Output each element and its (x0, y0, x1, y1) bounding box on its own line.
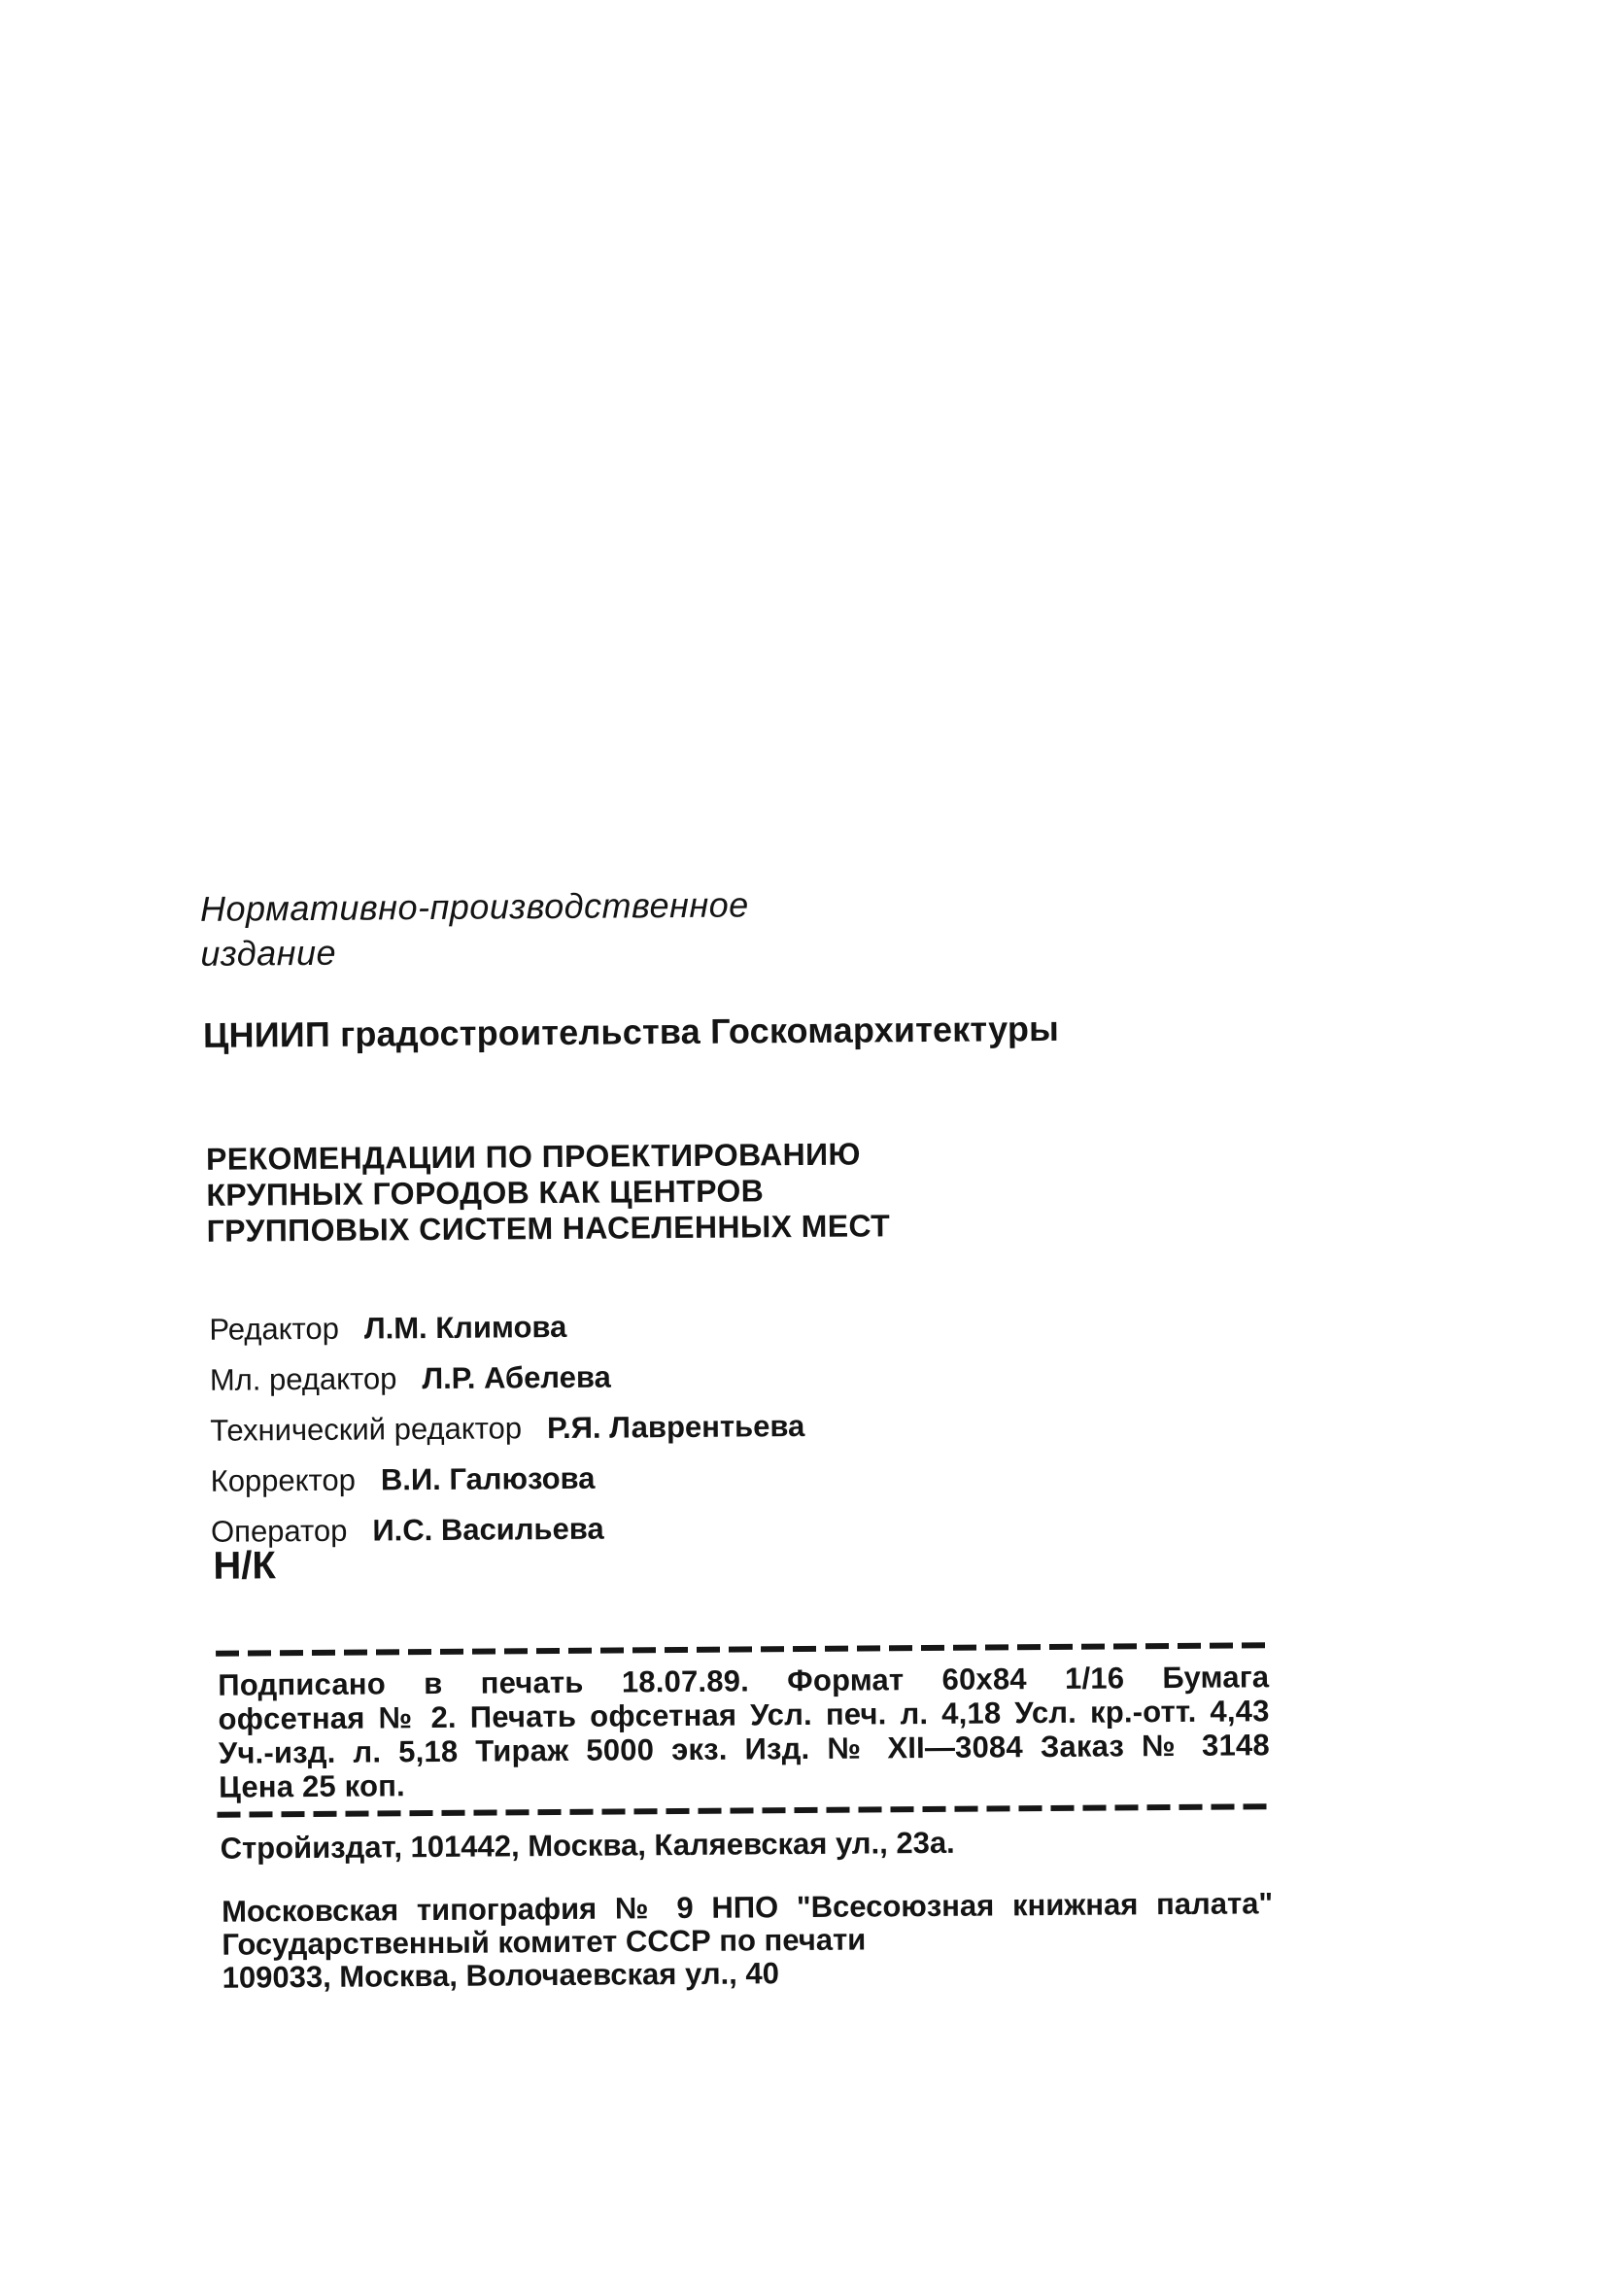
staff-role-label: Редактор (209, 1312, 339, 1347)
document-title: РЕКОМЕНДАЦИИ ПО ПРОЕКТИРОВАНИЮ КРУПНЫХ Г… (206, 1134, 1237, 1250)
staff-role-label: Технический редактор (210, 1411, 522, 1448)
staff-row-operator: ОператорИ.С. Васильева (211, 1507, 1182, 1565)
page-content: Нормативно-производственное издание ЦНИИ… (0, 0, 1606, 2296)
edition-type-heading: Нормативно-производственное издание (200, 881, 940, 977)
staff-row-junior-editor: Мл. редакторЛ.Р. Абелева (210, 1355, 1181, 1414)
edition-type-line-1: Нормативно-производственное (200, 881, 939, 932)
dashed-divider-bottom (217, 1803, 1268, 1817)
scanned-colophon-page: Нормативно-производственное издание ЦНИИ… (0, 0, 1606, 2296)
staff-row-editor: РедакторЛ.М. Климова (209, 1305, 1180, 1363)
staff-role-label: Оператор (211, 1514, 348, 1549)
staff-role-label: Корректор (211, 1463, 357, 1498)
imprint-line-price: Цена 25 коп. (219, 1762, 1270, 1803)
nk-code: Н/К (213, 1544, 276, 1589)
printer-line-3: 109033, Москва, Волочаевская ул., 40 (222, 1953, 1274, 1994)
dashed-divider-top (216, 1642, 1267, 1656)
staff-name: В.И. Галюзова (381, 1461, 596, 1497)
staff-row-proofreader: КорректорВ.И. Галюзова (211, 1456, 1182, 1515)
imprint-block: Подписано в печать 18.07.89. Формат 60х8… (218, 1660, 1270, 1803)
staff-row-technical-editor: Технический редакторР.Я. Лаврентьева (210, 1406, 1181, 1464)
staff-name: Л.Р. Абелева (422, 1360, 611, 1396)
staff-name: И.С. Васильева (372, 1512, 604, 1548)
staff-credits-list: РедакторЛ.М. Климова Мл. редакторЛ.Р. Аб… (209, 1305, 1182, 1565)
institute-line: ЦНИИП градостроительства Госкомархитекту… (203, 1008, 1175, 1056)
document-title-line-3: ГРУППОВЫХ СИСТЕМ НАСЕЛЕННЫХ МЕСТ (207, 1205, 1237, 1249)
staff-name: Л.М. Климова (364, 1310, 567, 1346)
staff-role-label: Мл. редактор (210, 1361, 397, 1397)
edition-type-line-2: издание (200, 926, 939, 977)
staff-name: Р.Я. Лаврентьева (547, 1409, 805, 1445)
publisher-address-line: Стройиздат, 101442, Москва, Каляевская у… (221, 1823, 1272, 1866)
printer-block: Московская типография № 9 НПО "Всесоюзна… (222, 1887, 1274, 1994)
